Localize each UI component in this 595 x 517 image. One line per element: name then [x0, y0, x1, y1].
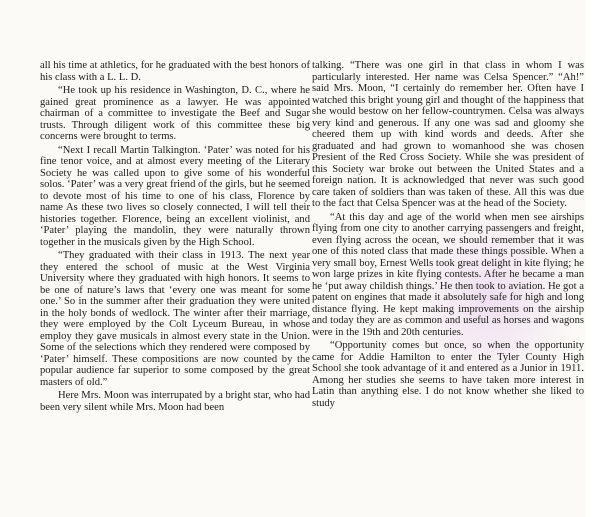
left-column: all his time at athletics, for he gradua…: [40, 60, 310, 415]
paragraph: Here Mrs. Moon was interrupated by a bri…: [40, 390, 310, 413]
paragraph: “Opportunity comes but once, so when the…: [312, 340, 584, 409]
right-column: talking. “There was one girl in that cla…: [312, 60, 584, 411]
paragraph: “At this day and age of the world when m…: [312, 212, 584, 339]
paragraph: “Next I recall Martin Talkington. ‘Pater…: [40, 145, 310, 249]
paragraph: all his time at athletics, for he gradua…: [40, 60, 310, 83]
paragraph: talking. “There was one girl in that cla…: [312, 60, 584, 210]
paragraph: “They graduated with their class in 1913…: [40, 250, 310, 388]
paragraph: “He took up his residence in Washington,…: [40, 85, 310, 143]
scanned-page: all his time at athletics, for he gradua…: [0, 0, 585, 517]
